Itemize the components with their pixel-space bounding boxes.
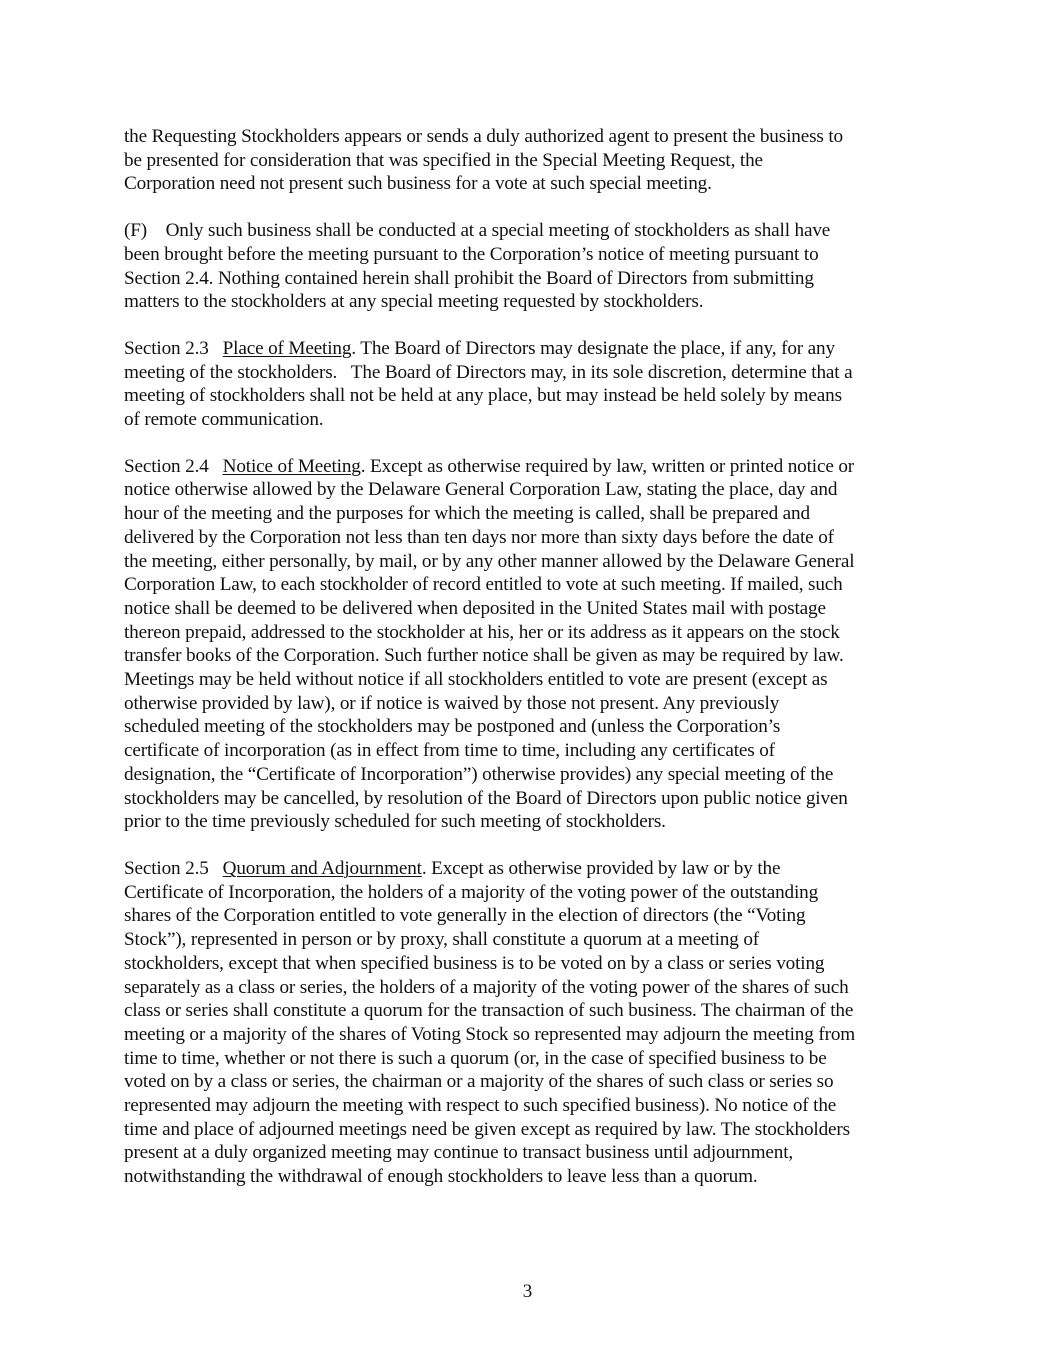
text-line: Certificate of Incorporation, the holder… (124, 881, 944, 905)
section-2-4: Section 2.4 Notice of Meeting. Except as… (124, 455, 944, 834)
text-line: the Requesting Stockholders appears or s… (124, 125, 944, 149)
text-run: . Except as otherwise required by law, w… (361, 456, 854, 477)
text-line: be presented for consideration that was … (124, 149, 944, 173)
text-line: Stock”), represented in person or by pro… (124, 928, 944, 952)
text-line: time and place of adjourned meetings nee… (124, 1118, 944, 1142)
text-line: hour of the meeting and the purposes for… (124, 502, 944, 526)
text-line: Section 2.4. Nothing contained herein sh… (124, 267, 944, 291)
text-line: scheduled meeting of the stockholders ma… (124, 715, 944, 739)
text-line: delivered by the Corporation not less th… (124, 526, 944, 550)
text-line: meeting or a majority of the shares of V… (124, 1023, 944, 1047)
text-line: designation, the “Certificate of Incorpo… (124, 763, 944, 787)
text-line: class or series shall constitute a quoru… (124, 999, 944, 1023)
section-heading: Notice of Meeting (223, 456, 361, 477)
document-page: the Requesting Stockholders appears or s… (0, 0, 1055, 1365)
text-run: . Except as otherwise provided by law or… (422, 858, 780, 879)
page-number: 3 (0, 1280, 1055, 1303)
text-line: notice otherwise allowed by the Delaware… (124, 478, 944, 502)
text-line: represented may adjourn the meeting with… (124, 1094, 944, 1118)
section-first-line: Section 2.3 Place of Meeting. The Board … (124, 337, 944, 361)
text-line: separately as a class or series, the hol… (124, 976, 944, 1000)
text-line: (F) Only such business shall be conducte… (124, 219, 944, 243)
section-2-5: Section 2.5 Quorum and Adjournment. Exce… (124, 857, 944, 1189)
paragraph-clause-f: (F) Only such business shall be conducte… (124, 219, 944, 314)
text-line: transfer books of the Corporation. Such … (124, 644, 944, 668)
text-line: otherwise provided by law), or if notice… (124, 692, 944, 716)
text-line: stockholders may be cancelled, by resolu… (124, 787, 944, 811)
section-heading: Quorum and Adjournment (223, 858, 422, 879)
text-line: been brought before the meeting pursuant… (124, 243, 944, 267)
text-line: notice shall be deemed to be delivered w… (124, 597, 944, 621)
text-line: meeting of stockholders shall not be hel… (124, 384, 944, 408)
text-line: thereon prepaid, addressed to the stockh… (124, 621, 944, 645)
text-line: of remote communication. (124, 408, 944, 432)
text-line: the meeting, either personally, by mail,… (124, 550, 944, 574)
section-number: Section 2.4 (124, 456, 223, 477)
text-line: matters to the stockholders at any speci… (124, 290, 944, 314)
text-line: present at a duly organized meeting may … (124, 1141, 944, 1165)
text-line: Corporation need not present such busine… (124, 172, 944, 196)
section-first-line: Section 2.4 Notice of Meeting. Except as… (124, 455, 944, 479)
text-line: Meetings may be held without notice if a… (124, 668, 944, 692)
text-line: certificate of incorporation (as in effe… (124, 739, 944, 763)
text-line: Corporation Law, to each stockholder of … (124, 573, 944, 597)
text-line: time to time, whether or not there is su… (124, 1047, 944, 1071)
section-heading: Place of Meeting (223, 338, 352, 359)
text-line: shares of the Corporation entitled to vo… (124, 904, 944, 928)
text-line: prior to the time previously scheduled f… (124, 810, 944, 834)
text-line: notwithstanding the withdrawal of enough… (124, 1165, 944, 1189)
text-run: . The Board of Directors may designate t… (351, 338, 835, 359)
section-first-line: Section 2.5 Quorum and Adjournment. Exce… (124, 857, 944, 881)
paragraph-continuation: the Requesting Stockholders appears or s… (124, 125, 944, 196)
text-line: meeting of the stockholders. The Board o… (124, 361, 944, 385)
section-2-3: Section 2.3 Place of Meeting. The Board … (124, 337, 944, 432)
section-number: Section 2.3 (124, 338, 223, 359)
section-number: Section 2.5 (124, 858, 223, 879)
page-body: the Requesting Stockholders appears or s… (124, 125, 944, 1212)
text-line: voted on by a class or series, the chair… (124, 1070, 944, 1094)
text-line: stockholders, except that when specified… (124, 952, 944, 976)
